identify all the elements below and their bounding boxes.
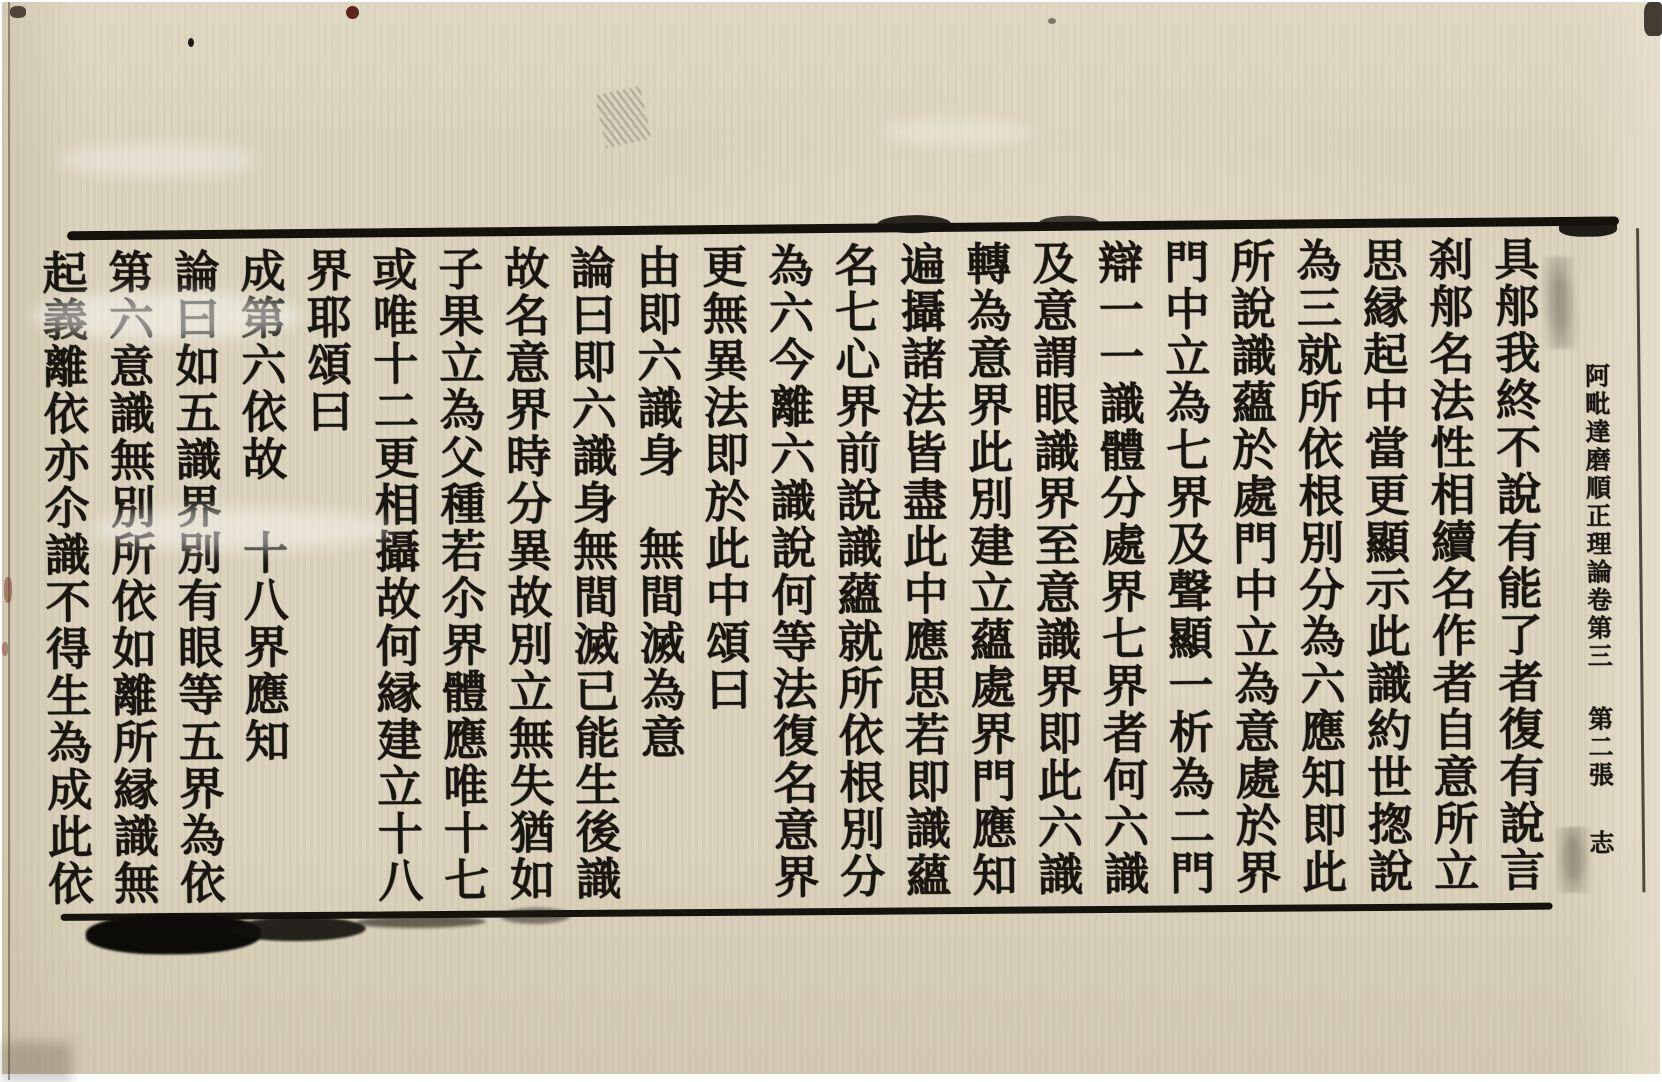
text-column-4: 為三就所依根別分為六應知即此	[1281, 237, 1353, 910]
text-column-23: 起義離依亦尒識不得生為成此依	[27, 249, 99, 922]
text-block: 阿毗達磨順正理論卷第三 第二張 志 具郍我終不說有能了者復有說言 刹郍名法性相續…	[27, 234, 1617, 921]
ink-speck	[1048, 18, 1056, 24]
left-page-crease	[8, 2, 10, 1080]
text-column-7: 辯一一識體分處界七界者何六識	[1083, 239, 1155, 912]
text-column-11: 名七心界前說識蘊就所依根別分	[819, 241, 891, 914]
text-column-6: 門中立為七界及聲顯一析為二門	[1149, 238, 1221, 911]
paper-sheet: 阿毗達磨順正理論卷第三 第二張 志 具郍我終不說有能了者復有說言 刹郍名法性相續…	[2, 2, 1660, 1074]
red-speck	[4, 577, 12, 603]
corner-stain	[1644, 2, 1662, 36]
text-column-1: 具郍我終不說有能了者復有說言	[1479, 235, 1551, 908]
text-column-18: 或唯十二更相攝故何縁建立十八	[357, 246, 429, 919]
volume-header-column: 阿毗達磨順正理論卷第三 第二張 志	[1545, 234, 1617, 907]
text-column-14-verse: 由即六識身 無間滅為意	[621, 243, 693, 916]
paper-light-streak	[57, 142, 257, 178]
collator-mark: 志	[1586, 829, 1613, 857]
text-column-17: 子果立為父種若尒界體應唯十七	[423, 245, 495, 918]
text-column-10: 遍攝諸法皆盡此中應思若即識蘊	[885, 241, 957, 914]
right-margin-line	[1636, 228, 1645, 892]
text-column-2: 刹郍名法性相續名作者自意所立	[1413, 236, 1485, 909]
paper-light-streak	[882, 117, 1032, 147]
corner-shade	[2, 1042, 72, 1080]
text-column-20-verse: 成第六依故 十八界應知	[225, 247, 297, 920]
text-column-16: 故名意界時分異故別立無失猶如	[489, 245, 561, 918]
text-column-12: 為六今離六識說何等法復名意界	[753, 242, 825, 915]
sheet-number: 第二張	[1585, 706, 1613, 790]
text-column-8: 及意謂眼識界至意識界即此六識	[1017, 240, 1089, 913]
text-column-15: 論曰即六識身無間滅已能生後識	[555, 244, 627, 917]
red-speck	[2, 642, 8, 656]
text-column-13: 更無異法即於此中頌曰	[687, 243, 759, 916]
ink-smear	[231, 916, 366, 941]
text-column-21: 論曰如五識界別有眼等五界為依	[159, 248, 231, 921]
volume-title: 阿毗達磨順正理論卷第三	[1581, 363, 1611, 671]
red-stain	[346, 6, 359, 19]
text-column-5: 所說識蘊於處門中立為意處於界	[1215, 238, 1287, 911]
text-column-19: 界耶頌曰	[291, 247, 363, 920]
paper-light-streak	[92, 507, 392, 551]
text-column-9: 轉為意界此別建立蘊處界門應知	[951, 240, 1023, 913]
corner-stain	[10, 6, 26, 18]
ink-speck	[188, 38, 194, 47]
text-column-22: 第六意識無別所依如離所縁識無	[93, 248, 165, 921]
paper-light-streak	[32, 292, 302, 340]
text-column-3: 思縁起中當更顯示此識約世揔說	[1347, 236, 1419, 909]
